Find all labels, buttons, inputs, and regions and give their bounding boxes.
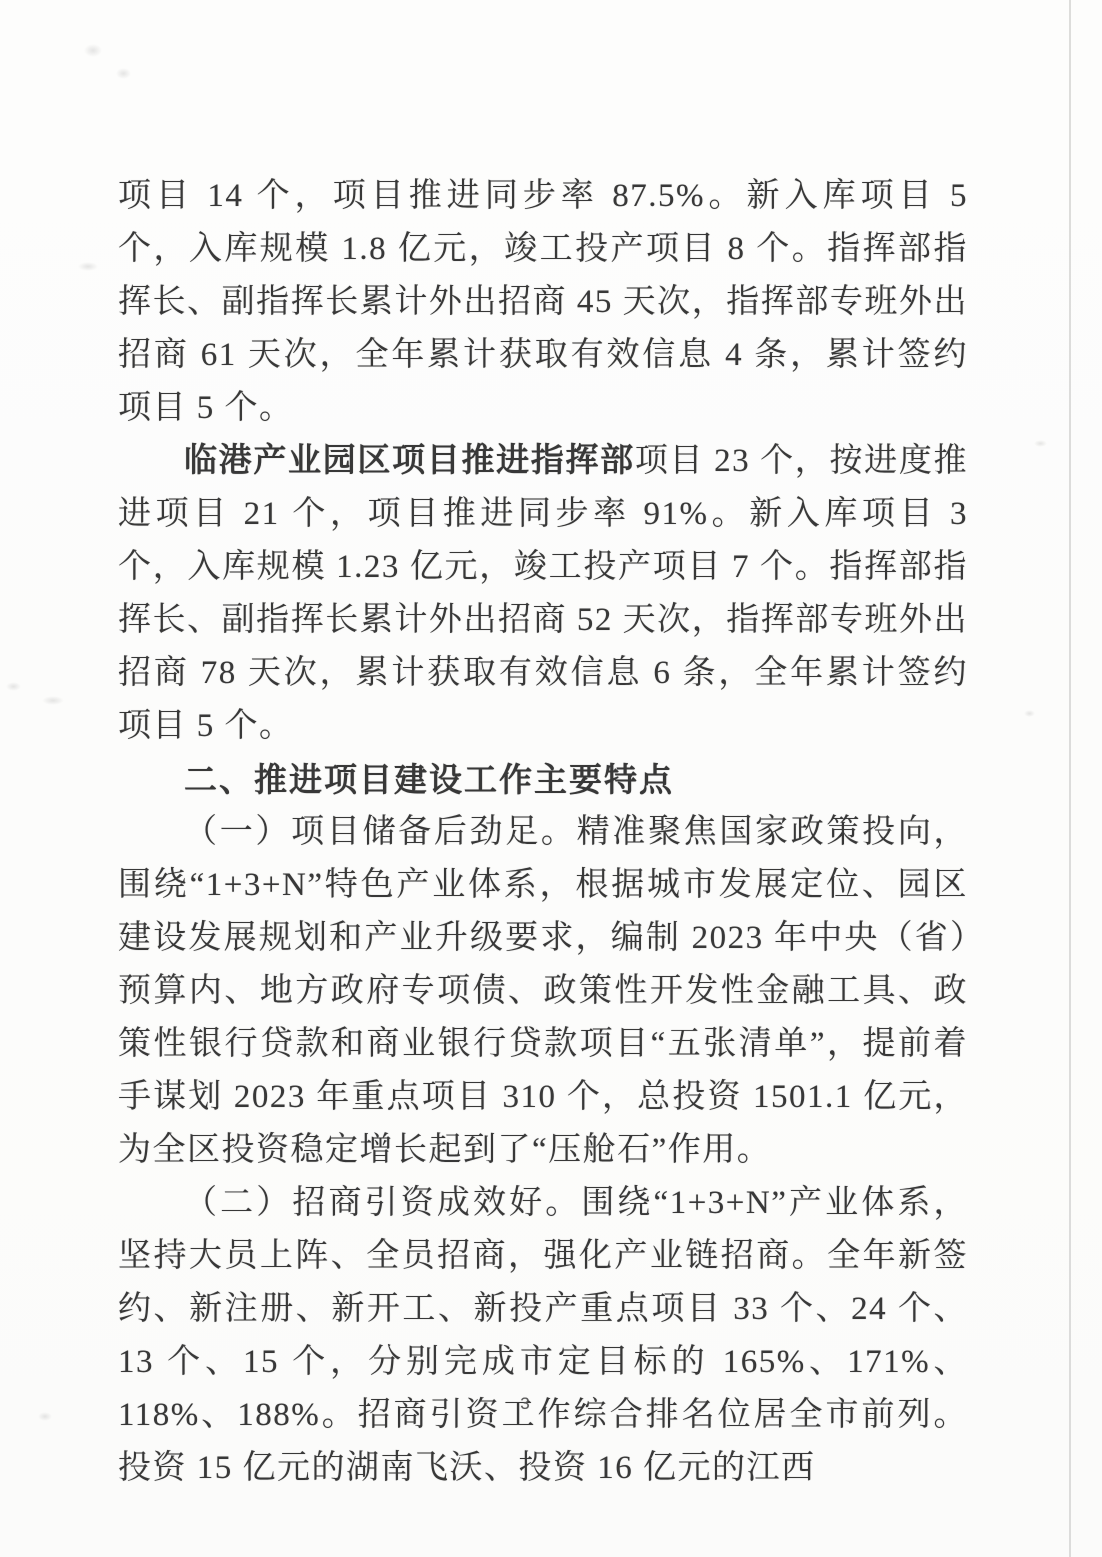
document-body: 项目 14 个，项目推进同步率 87.5%。新入库项目 5 个，入库规模 1.8… <box>118 170 968 1495</box>
scan-artifact <box>1024 710 1035 717</box>
paragraph-item-1: （一）项目储备后劲足。精准聚焦国家政策投向，围绕“1+3+N”特色产业体系，根据… <box>118 806 968 1177</box>
paragraph-text: 精准聚焦国家政策投向，围绕“1+3+N”特色产业体系，根据城市发展定位、园区建设… <box>118 814 968 1168</box>
scan-artifact <box>38 1412 52 1421</box>
paragraph-text: 项目 14 个，项目推进同步率 87.5%。新入库项目 5 个，入库规模 1.8… <box>118 178 968 426</box>
paragraph-linggang-hq: 临港产业园区项目推进指挥部项目 23 个，按进度推进项目 21 个，项目推进同步… <box>118 435 968 753</box>
paragraph-item-2: （二）招商引资成效好。围绕“1+3+N”产业体系，坚持大员上阵、全员招商，强化产… <box>118 1177 968 1495</box>
scan-artifact <box>6 682 21 691</box>
scan-artifact <box>78 262 98 271</box>
subsection-lead-1: （一）项目储备后劲足。 <box>184 814 577 850</box>
paragraph-text: 项目 23 个，按进度推进项目 21 个，项目推进同步率 91%。新入库项目 3… <box>118 443 968 744</box>
paragraph-text: 围绕“1+3+N”产业体系，坚持大员上阵、全员招商，强化产业链招商。全年新签约、… <box>118 1185 968 1486</box>
section-heading-text: 二、推进项目建设工作主要特点 <box>184 761 674 798</box>
paragraph-continued: 项目 14 个，项目推进同步率 87.5%。新入库项目 5 个，入库规模 1.8… <box>118 170 968 435</box>
scan-artifact <box>42 696 64 705</box>
scan-artifact <box>116 68 131 79</box>
section-heading-2: 二、推进项目建设工作主要特点 <box>118 753 968 806</box>
scan-edge-line <box>1069 0 1071 1557</box>
subsection-lead-2: （二）招商引资成效好。 <box>184 1185 581 1221</box>
scan-artifact <box>1034 440 1047 447</box>
scanned-document-page: 项目 14 个，项目推进同步率 87.5%。新入库项目 5 个，入库规模 1.8… <box>0 0 1102 1557</box>
scan-artifact <box>84 44 102 57</box>
page-number: 3 <box>505 1394 545 1414</box>
bold-lead-linggang-hq: 临港产业园区项目推进指挥部 <box>184 443 635 479</box>
